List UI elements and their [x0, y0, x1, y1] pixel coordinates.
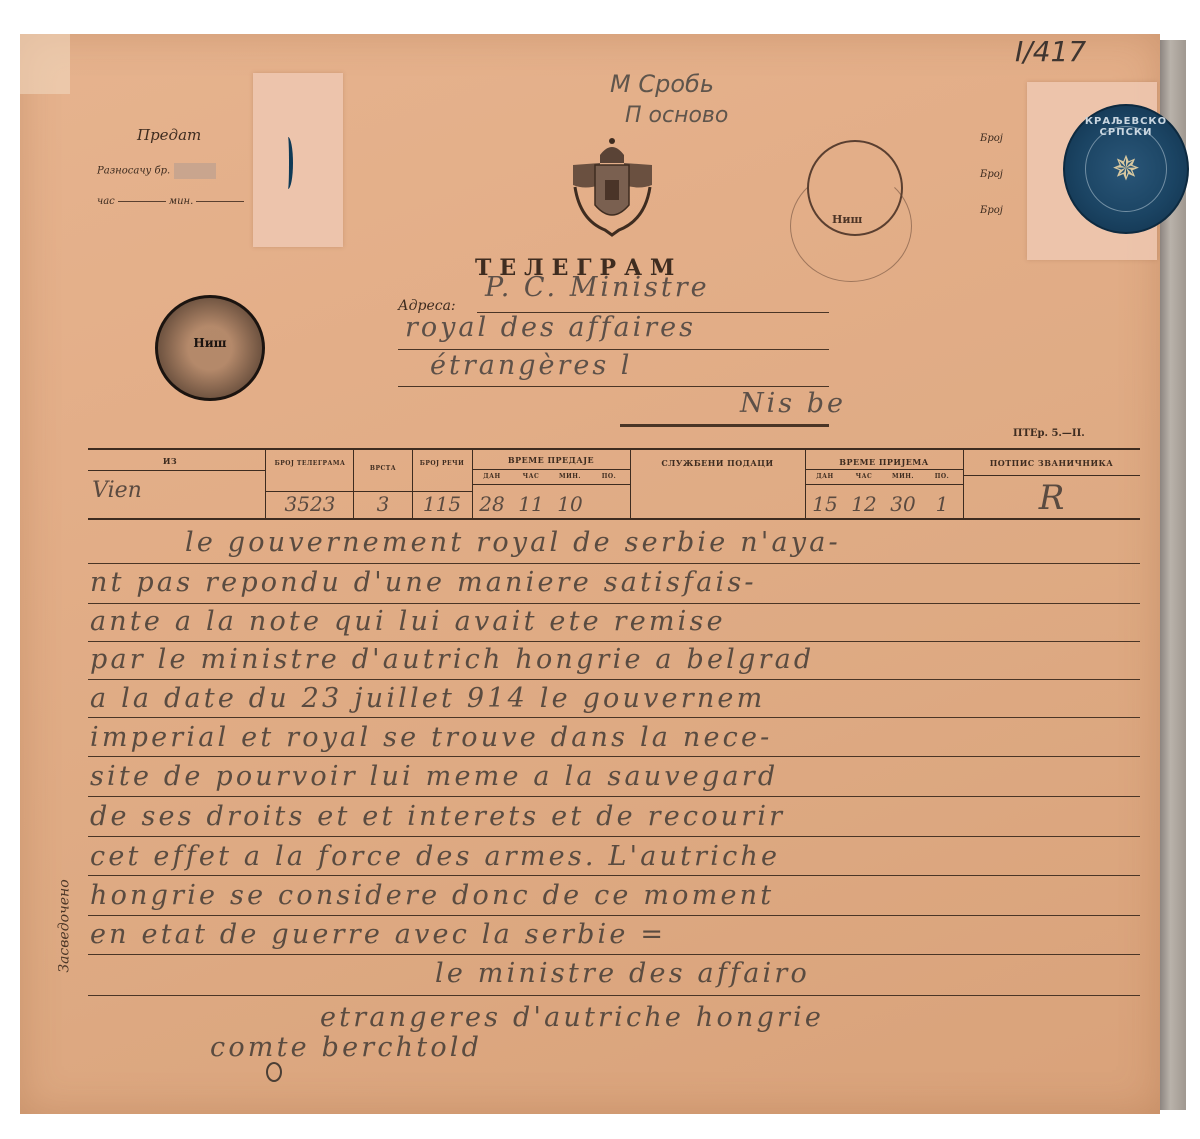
header-receive-time: ВРЕМЕ ПРИЈЕМА — [807, 457, 961, 467]
message-line-2: nt pas repondu d'une maniere satisfais- — [90, 567, 757, 598]
header-send-pm: ПО. — [591, 473, 627, 480]
margin-signature-text: Засведочено — [57, 879, 73, 972]
revenue-stamp-left — [253, 73, 343, 247]
message-line-5: a la date du 23 juillet 914 le gouvernem — [90, 683, 765, 714]
header-from: ИЗ — [150, 456, 190, 466]
message-line-13: etrangeres d'autriche hongrie — [320, 1002, 824, 1033]
predat-time-row: часмин. — [97, 196, 247, 207]
courier-number-label: Разносачу бр. — [97, 166, 170, 177]
address-line-1: P. C. Ministre — [485, 272, 710, 303]
header-service: СЛУЖБЕНИ ПОДАЦИ — [632, 458, 803, 468]
value-recv-hour: 12 — [846, 492, 882, 516]
col-divider — [963, 449, 964, 519]
address-rule-3 — [398, 386, 829, 387]
message-line-9: cet effet a la force des armes. L'autric… — [90, 841, 780, 872]
predat-courier-row: Разносачу бр. — [97, 163, 216, 179]
message-rule — [88, 679, 1140, 680]
black-postmark-stamp: Ниш — [155, 295, 265, 401]
message-rule — [88, 756, 1140, 757]
form-code: ПТЕр. 5.—II. — [1013, 428, 1085, 439]
message-line-1: le gouvernement royal de serbie n'ayа- — [185, 527, 841, 558]
message-rule — [88, 563, 1140, 564]
broj-label-2: Број — [980, 169, 1003, 180]
message-rule — [88, 717, 1140, 718]
pencil-note-2: П осново — [625, 103, 728, 128]
row-divider — [472, 484, 630, 485]
address-line-4: Nis be — [740, 388, 846, 419]
postmark-text: Ниш — [832, 213, 862, 226]
header-send-min: МИН. — [552, 473, 588, 480]
broj-label-3: Број — [980, 205, 1003, 216]
black-stamp-text: Ниш — [158, 336, 262, 350]
message-line-14: comte berchtold — [210, 1032, 482, 1063]
col-divider — [353, 449, 354, 519]
predat-label: Предат — [137, 126, 201, 144]
broj-label-1: Број — [980, 133, 1003, 144]
row-divider — [88, 470, 265, 471]
message-line-4: par le ministre d'autrich hongrie a belg… — [90, 644, 814, 675]
message-rule — [88, 641, 1140, 642]
message-rule — [88, 954, 1140, 955]
message-rule — [88, 915, 1140, 916]
col-divider — [412, 449, 413, 519]
header-recv-day: ДАН — [807, 473, 843, 480]
header-send-day: ДАН — [474, 473, 510, 480]
address-line-2: royal des affaires — [405, 312, 696, 343]
minute-label: мин. — [169, 196, 194, 207]
header-recv-pm: ПО. — [924, 473, 960, 480]
message-line-7: site de pourvoir lui meme a la sauvegard — [90, 761, 778, 792]
value-from: Vien — [62, 478, 172, 503]
message-line-3: ante a la note qui lui avait ete remise — [90, 606, 726, 637]
seal-emblem-icon: ✵ — [1112, 149, 1141, 189]
row-divider — [805, 484, 963, 485]
blue-ink-mark — [283, 137, 293, 189]
message-line-6: imperial et royal se trouve dans la nece… — [90, 722, 772, 753]
row-divider — [472, 469, 630, 470]
header-telegram-no: БРОЈ ТЕЛЕГРАМА — [268, 460, 352, 467]
message-line-11: en etat de guerre avec la serbie = — [90, 919, 666, 950]
message-rule — [88, 875, 1140, 876]
value-send-min: 10 — [552, 492, 588, 516]
courier-number-box — [174, 163, 216, 179]
margin-signature: Засведочено — [58, 868, 88, 988]
message-line-8: de ses droits et et interets et de recou… — [90, 801, 785, 832]
archive-number: I/417 — [1015, 35, 1086, 68]
hour-label: час — [97, 196, 115, 207]
blue-royal-seal: КРАЉЕВСКО СРПСКИ ✵ — [1063, 104, 1189, 234]
pencil-note-1: М Сробь — [610, 70, 714, 98]
value-recv-min: 30 — [885, 492, 921, 516]
header-word-count: БРОЈ РЕЧИ — [414, 460, 470, 467]
table-top-rule — [88, 448, 1140, 450]
header-send-hour: ЧАС — [513, 473, 549, 480]
col-divider — [630, 449, 631, 519]
message-line-12: le ministre des affairo — [435, 958, 810, 989]
postmark-outer-ring — [790, 170, 912, 282]
message-rule — [88, 603, 1140, 604]
value-word-count: 115 — [414, 492, 470, 516]
header-send-time: ВРЕМЕ ПРЕДАЈЕ — [474, 455, 628, 465]
value-signature: R — [965, 478, 1138, 518]
seal-text: КРАЉЕВСКО СРПСКИ — [1065, 116, 1187, 138]
header-type: ВРСТА — [355, 465, 411, 472]
message-line-10: hongrie se considere donc de ce moment — [90, 880, 774, 911]
table-bottom-rule — [88, 518, 1140, 520]
message-rule — [88, 995, 1140, 996]
circle-mark-icon — [266, 1062, 282, 1082]
value-type: 3 — [355, 492, 411, 516]
address-rule-4 — [620, 424, 829, 427]
header-signature: ПОТПИС ЗВАНИЧНИКА — [965, 458, 1138, 468]
row-divider — [963, 475, 1140, 476]
header-recv-min: МИН. — [885, 473, 921, 480]
value-recv-pm: 1 — [924, 492, 960, 516]
coat-of-arms-icon — [565, 135, 660, 240]
value-send-hour: 11 — [513, 492, 549, 516]
value-send-day: 28 — [474, 492, 510, 516]
message-rule — [88, 796, 1140, 797]
value-telegram-no: 3523 — [268, 492, 352, 516]
header-recv-hour: ЧАС — [846, 473, 882, 480]
value-recv-day: 15 — [807, 492, 843, 516]
message-rule — [88, 836, 1140, 837]
row-divider — [805, 469, 963, 470]
address-line-3: étrangères l — [430, 350, 632, 381]
col-divider — [265, 449, 266, 519]
